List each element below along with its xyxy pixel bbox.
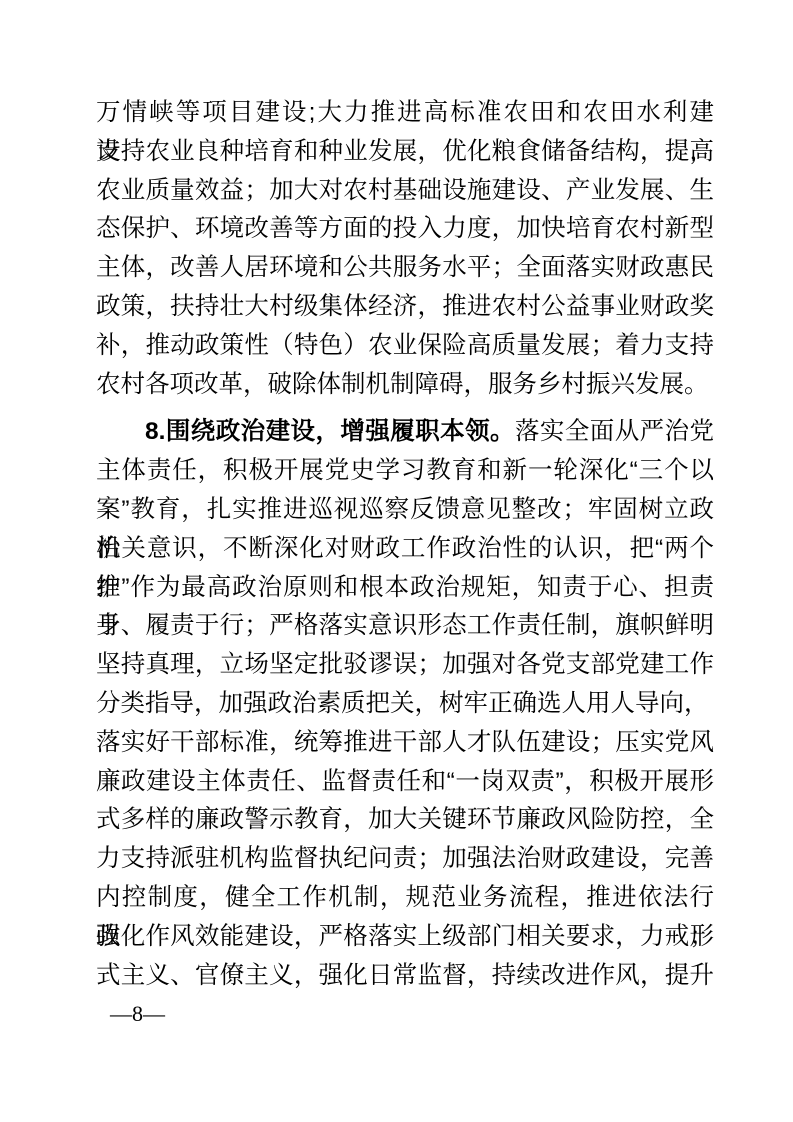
body-text: 补，推动政策性（特色）农业保险高质量发展；着力支持: [96, 332, 714, 359]
text-line: 态保护、环境改善等方面的投入力度，加快培育农村新型: [96, 210, 714, 249]
body-text: 分类指导，加强政治素质把关，树牢正确选人用人导向，: [96, 690, 709, 717]
text-line: 机关意识，不断深化对财政工作政治性的认识，把“两个维: [96, 530, 714, 569]
body-text: 力支持派驻机构监督执纪问责；加强法治财政建设，完善: [96, 845, 714, 872]
text-line: 强化作风效能建设，严格落实上级部门相关要求，力戒形: [96, 918, 714, 957]
body-text: 落实全面从严治党: [515, 418, 714, 445]
text-line: 式主义、官僚主义，强化日常监督，持续改进作风，提升: [96, 957, 714, 996]
text-line: 主体责任，积极开展党史学习教育和新一轮深化“三个以: [96, 452, 714, 491]
body-text: 主体，改善人居环境和公共服务水平；全面落实财政惠民: [96, 254, 714, 281]
text-line: 力支持派驻机构监督执纪问责；加强法治财政建设，完善: [96, 840, 714, 879]
body-text: 主体责任，积极开展党史学习教育和新一轮深化“三个以: [96, 457, 714, 484]
text-line: 分类指导，加强政治素质把关，树牢正确选人用人导向，: [96, 685, 714, 724]
text-line: 8.围绕政治建设，增强履职本领。落实全面从严治党: [96, 413, 714, 452]
body-text: 农村各项改革，破除体制机制障碍，服务乡村振兴发展。: [96, 371, 709, 398]
text-line: 身、履责于行；严格落实意识形态工作责任制，旗帜鲜明: [96, 607, 714, 646]
text-line: 政策，扶持壮大村级集体经济，推进农村公益事业财政奖: [96, 288, 714, 327]
text-line: 农业质量效益；加大对农村基础设施建设、产业发展、生: [96, 172, 714, 211]
text-line: 坚持真理，立场坚定批驳谬误；加强对各党支部党建工作: [96, 646, 714, 685]
text-line: 补，推动政策性（特色）农业保险高质量发展；着力支持: [96, 327, 714, 366]
text-line: 主体，改善人居环境和公共服务水平；全面落实财政惠民: [96, 249, 714, 288]
document-body: 万情峡等项目建设;大力推进高标准农田和农田水利建设，支持农业良种培育和种业发展，…: [96, 94, 714, 995]
paragraph: 8.围绕政治建设，增强履职本领。落实全面从严治党主体责任，积极开展党史学习教育和…: [96, 413, 714, 995]
text-line: 案”教育，扎实推进巡视巡察反馈意见整改；牢固树立政治: [96, 491, 714, 530]
text-line: 式多样的廉政警示教育，加大关键环节廉政风险防控，全: [96, 801, 714, 840]
body-text: 农业质量效益；加大对农村基础设施建设、产业发展、生: [96, 177, 714, 204]
text-line: 支持农业良种培育和种业发展，优化粮食储备结构，提高: [96, 133, 714, 172]
document-page: 万情峡等项目建设;大力推进高标准农田和农田水利建设，支持农业良种培育和种业发展，…: [0, 0, 793, 1122]
body-text: 坚持真理，立场坚定批驳谬误；加强对各党支部党建工作: [96, 651, 714, 678]
body-text: 态保护、环境改善等方面的投入力度，加快培育农村新型: [96, 215, 714, 242]
body-text: 式多样的廉政警示教育，加大关键环节廉政风险防控，全: [96, 806, 714, 833]
page-number: —8—: [110, 999, 165, 1029]
body-text: 支持农业良种培育和种业发展，优化粮食储备结构，提高: [96, 138, 714, 165]
text-line: 内控制度，健全工作机制，规范业务流程，推进依法行政；: [96, 879, 714, 918]
text-line: 万情峡等项目建设;大力推进高标准农田和农田水利建设，: [96, 94, 714, 133]
text-line: 廉政建设主体责任、监督责任和“一岗双责”，积极开展形: [96, 763, 714, 802]
body-text: 廉政建设主体责任、监督责任和“一岗双责”，积极开展形: [96, 768, 714, 795]
body-text: 式主义、官僚主义，强化日常监督，持续改进作风，提升: [96, 962, 714, 989]
body-text: 强化作风效能建设，严格落实上级部门相关要求，力戒形: [96, 923, 714, 950]
body-text: 政策，扶持壮大村级集体经济，推进农村公益事业财政奖: [96, 293, 714, 320]
body-text: 身、履责于行；严格落实意识形态工作责任制，旗帜鲜明: [96, 612, 714, 639]
paragraph: 万情峡等项目建设;大力推进高标准农田和农田水利建设，支持农业良种培育和种业发展，…: [96, 94, 714, 404]
section-heading-text: 8.围绕政治建设，增强履职本领。: [145, 418, 515, 445]
text-line: 护”作为最高政治原则和根本政治规矩，知责于心、担责于: [96, 569, 714, 608]
text-line: 落实好干部标准，统筹推进干部人才队伍建设；压实党风: [96, 724, 714, 763]
body-text: 落实好干部标准，统筹推进干部人才队伍建设；压实党风: [96, 729, 714, 756]
text-line: 农村各项改革，破除体制机制障碍，服务乡村振兴发展。: [96, 366, 714, 405]
